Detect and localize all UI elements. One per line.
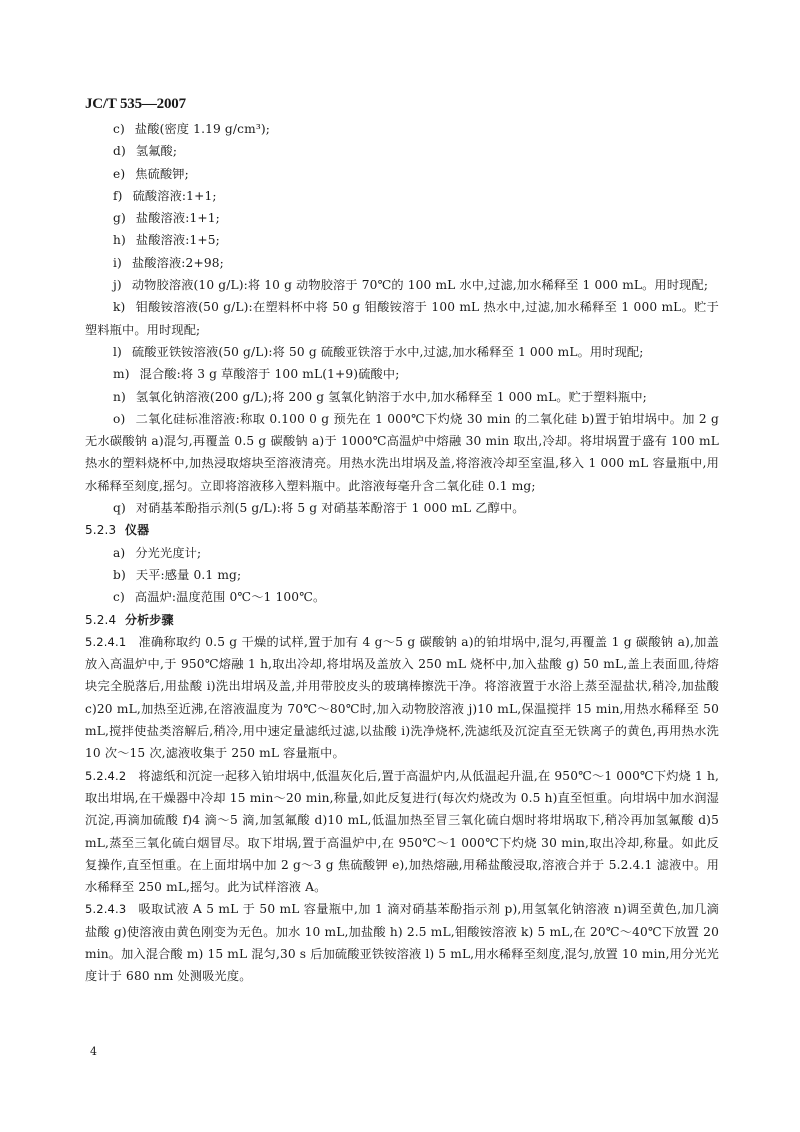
section-heading-instruments: 5.2.3仪器 [85,519,719,541]
list-item-text: 动物胶溶液(10 g/L):将 10 g 动物胶溶于 70℃的 100 mL 水… [132,278,708,292]
list-item-label: i) [113,256,122,270]
list-item: a)分光光度计; [85,542,719,564]
list-item-label: c) [113,590,125,604]
list-item-label: n) [113,390,126,404]
section-number: 5.2.4 [85,609,125,631]
list-item-text: 高温炉:温度范围 0℃～1 100℃。 [135,590,325,604]
list-item: q)对硝基苯酚指示剂(5 g/L):将 5 g 对硝基苯酚溶于 1 000 mL… [85,497,719,519]
procedure-clause: 5.2.4.1准确称取约 0.5 g 干燥的试样,置于加有 4 g～5 g 碳酸… [85,631,719,765]
clause-number: 5.2.4.3 [85,902,126,916]
instrument-list: a)分光光度计;b)天平:感量 0.1 mg;c)高温炉:温度范围 0℃～1 1… [85,542,719,609]
list-item: c)盐酸(密度 1.19 g/cm³); [85,118,719,140]
list-item-label: f) [113,189,123,203]
list-item-label: l) [113,345,122,359]
document-id: JC/T 535—2007 [85,92,719,116]
list-item: h)盐酸溶液:1+5; [85,229,719,251]
list-item: c)高温炉:温度范围 0℃～1 100℃。 [85,586,719,608]
clause-text: 吸取试液 A 5 mL 于 50 mL 容量瓶中,加 1 滴对硝基苯酚指示剂 p… [85,902,719,983]
list-item: o)二氧化硅标准溶液:称取 0.100 0 g 预先在 1 000℃下灼烧 30… [85,408,719,497]
clause-number: 5.2.4.2 [85,769,126,783]
list-item-text: 氢氧化钠溶液(200 g/L);将 200 g 氢氧化钠溶于水中,加水稀释至 1… [136,390,647,404]
list-item: e)焦硫酸钾; [85,163,719,185]
list-item-text: 盐酸(密度 1.19 g/cm³); [135,122,270,136]
reagent-list: c)盐酸(密度 1.19 g/cm³);d)氢氟酸;e)焦硫酸钾;f)硫酸溶液:… [85,118,719,519]
section-title: 分析步骤 [125,613,174,627]
list-item-text: 氢氟酸; [136,144,177,158]
list-item-text: 二氧化硅标准溶液:称取 0.100 0 g 预先在 1 000℃下灼烧 30 m… [85,412,719,493]
list-item-label: k) [113,300,125,314]
list-item-text: 盐酸溶液:1+1; [136,211,220,225]
list-item-text: 盐酸溶液:1+5; [136,233,220,247]
document-body: c)盐酸(密度 1.19 g/cm³);d)氢氟酸;e)焦硫酸钾;f)硫酸溶液:… [85,118,719,988]
list-item-text: 分光光度计; [135,546,201,560]
page-number: 4 [90,1045,97,1058]
list-item-label: m) [113,367,130,381]
list-item-text: 混合酸:将 3 g 草酸溶于 100 mL(1+9)硫酸中; [140,367,400,381]
clause-number: 5.2.4.1 [85,635,126,649]
procedure-clause: 5.2.4.2将滤纸和沉淀一起移入铂坩埚中,低温灰化后,置于高温炉内,从低温起升… [85,765,719,899]
list-item-label: a) [113,546,125,560]
procedure-clause: 5.2.4.3吸取试液 A 5 mL 于 50 mL 容量瓶中,加 1 滴对硝基… [85,898,719,987]
clause-text: 准确称取约 0.5 g 干燥的试样,置于加有 4 g～5 g 碳酸钠 a)的铂坩… [85,635,719,760]
list-item-label: d) [113,144,126,158]
list-item: b)天平:感量 0.1 mg; [85,564,719,586]
list-item-label: j) [113,278,122,292]
list-item: i)盐酸溶液:2+98; [85,252,719,274]
list-item-text: 天平:感量 0.1 mg; [136,568,241,582]
list-item-label: g) [113,211,126,225]
list-item: j)动物胶溶液(10 g/L):将 10 g 动物胶溶于 70℃的 100 mL… [85,274,719,296]
list-item-text: 钼酸铵溶液(50 g/L):在塑料杯中将 50 g 钼酸铵溶于 100 mL 热… [85,300,719,336]
list-item-text: 盐酸溶液:2+98; [132,256,224,270]
list-item-text: 硫酸溶液:1+1; [133,189,217,203]
document-page: JC/T 535—2007 c)盐酸(密度 1.19 g/cm³);d)氢氟酸;… [85,92,719,988]
list-item: k)钼酸铵溶液(50 g/L):在塑料杯中将 50 g 钼酸铵溶于 100 mL… [85,296,719,341]
list-item-text: 对硝基苯酚指示剂(5 g/L):将 5 g 对硝基苯酚溶于 1 000 mL 乙… [136,501,525,515]
list-item-label: h) [113,233,126,247]
list-item-label: q) [113,501,126,515]
list-item: g)盐酸溶液:1+1; [85,207,719,229]
list-item: f)硫酸溶液:1+1; [85,185,719,207]
list-item-label: e) [113,167,125,181]
list-item-label: b) [113,568,126,582]
section-title: 仪器 [125,523,149,537]
list-item-text: 焦硫酸钾; [135,167,189,181]
list-item: n)氢氧化钠溶液(200 g/L);将 200 g 氢氧化钠溶于水中,加水稀释至… [85,386,719,408]
clause-text: 将滤纸和沉淀一起移入铂坩埚中,低温灰化后,置于高温炉内,从低温起升温,在 950… [85,769,719,894]
list-item-label: o) [113,412,125,426]
procedure-clauses: 5.2.4.1准确称取约 0.5 g 干燥的试样,置于加有 4 g～5 g 碳酸… [85,631,719,988]
list-item: l)硫酸亚铁铵溶液(50 g/L):将 50 g 硫酸亚铁溶于水中,过滤,加水稀… [85,341,719,363]
list-item-label: c) [113,122,125,136]
section-number: 5.2.3 [85,519,125,541]
list-item-text: 硫酸亚铁铵溶液(50 g/L):将 50 g 硫酸亚铁溶于水中,过滤,加水稀释至… [132,345,644,359]
list-item: m)混合酸:将 3 g 草酸溶于 100 mL(1+9)硫酸中; [85,363,719,385]
section-heading-procedure: 5.2.4分析步骤 [85,609,719,631]
list-item: d)氢氟酸; [85,140,719,162]
